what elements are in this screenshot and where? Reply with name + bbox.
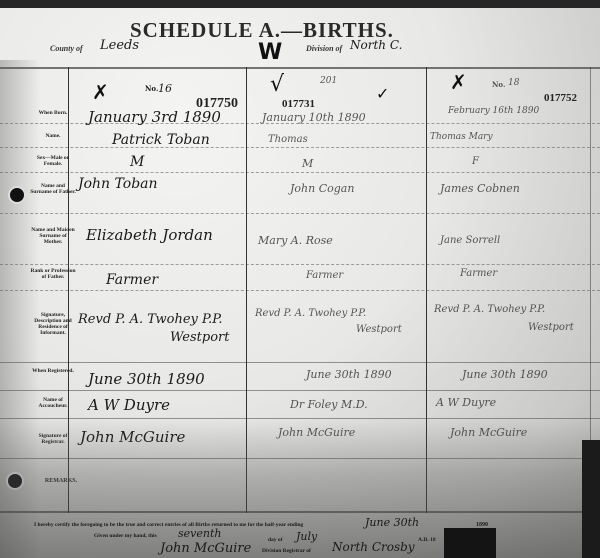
registrar-signature: John McGuire (450, 426, 527, 439)
county-label: County of (50, 44, 83, 53)
registrar-signature: John McGuire (80, 428, 185, 446)
when-born: February 16th 1890 (448, 106, 539, 116)
child-name: Patrick Toban (112, 132, 210, 148)
birth-register-page (0, 8, 600, 558)
informant-line-2: Westport (528, 322, 574, 333)
row-divider (0, 362, 600, 363)
row-label-informant: Signature, Description and Residence of … (30, 312, 76, 336)
father-profession: Farmer (460, 268, 497, 279)
row-label-father: Name and Surname of Father. (30, 183, 76, 195)
day-of-label: day of (268, 537, 283, 543)
father-profession: Farmer (106, 272, 158, 288)
accoucheur: A W Duyre (436, 396, 496, 409)
entry-number: 16 (158, 82, 172, 95)
sex: M (302, 157, 313, 170)
cross-mark-icon: ✗ (450, 70, 467, 94)
certification-date: June 30th (365, 516, 419, 529)
row-label-sex: Sex—Male or Female. (30, 155, 76, 167)
when-registered: June 30th 1890 (88, 370, 205, 388)
row-divider (0, 390, 600, 391)
row-divider (0, 264, 600, 265)
entry-number-label: No. (492, 80, 505, 89)
father-name: John Toban (78, 176, 158, 192)
row-label-remarks: REMARKS. (38, 478, 84, 484)
informant-line-1: Revd P. A. Twohey P.P. (255, 308, 366, 319)
informant-line-2: Westport (356, 324, 402, 335)
division-value: North C. (350, 38, 402, 52)
county-value: Leeds (100, 38, 139, 53)
row-divider (0, 147, 600, 148)
ad-label: A.D. 18 (418, 537, 436, 543)
given-under-hand-text: Given under my hand, this (94, 533, 157, 539)
table-top-border (0, 67, 600, 69)
informant-line-2: Westport (170, 330, 229, 345)
mother-name: Mary A. Rose (258, 234, 333, 247)
row-divider (0, 458, 600, 459)
given-month: July (296, 530, 317, 543)
child-name: Thomas Mary (430, 132, 493, 142)
division-registrar-label: Division Registrar of (262, 548, 311, 554)
cross-mark-icon: ✗ (92, 80, 109, 104)
row-label-when-born: When Born. (30, 110, 76, 116)
row-label-accoucheur: Name of Accoucheur. (30, 397, 76, 409)
sex: M (130, 154, 144, 170)
entry-number: 201 (320, 76, 337, 86)
handwritten-w-mark: W (258, 40, 282, 65)
entry-number: 18 (508, 78, 519, 88)
registrar-division: North Crosby (332, 540, 415, 554)
sex: F (472, 156, 479, 167)
when-born: January 10th 1890 (262, 111, 366, 124)
row-label-mother: Name and Maiden Surname of Mother. (30, 227, 76, 245)
accoucheur: Dr Foley M.D. (290, 398, 368, 411)
entry-number-label: No. (145, 84, 158, 93)
when-born: January 3rd 1890 (88, 108, 221, 126)
row-divider (0, 290, 600, 291)
check-mark-icon: ✓ (376, 84, 389, 103)
father-name: James Cobnen (440, 182, 520, 195)
column-divider (246, 67, 247, 513)
column-divider (590, 67, 591, 447)
father-name: John Cogan (290, 182, 354, 195)
father-profession: Farmer (306, 270, 343, 281)
punch-hole (8, 186, 26, 204)
row-divider (0, 172, 600, 173)
serial-number: 017731 (282, 98, 315, 110)
certifying-signature: John McGuire (160, 541, 251, 556)
row-divider (0, 213, 600, 214)
row-label-name: Name. (30, 133, 76, 139)
when-registered: June 30th 1890 (306, 368, 392, 381)
table-bottom-border (0, 511, 590, 513)
informant-line-1: Revd P. A. Twohey P.P. (78, 312, 223, 327)
division-label: Division of (306, 44, 342, 53)
row-label-when-registered: When Registered. (30, 368, 76, 374)
registrar-signature: John McGuire (278, 426, 355, 439)
mother-name: Elizabeth Jordan (86, 226, 213, 244)
column-divider (426, 67, 427, 513)
punch-hole (6, 472, 24, 490)
scan-edge-dark (582, 440, 600, 558)
serial-number: 017752 (544, 92, 577, 104)
when-registered: June 30th 1890 (462, 368, 548, 381)
child-name: Thomas (268, 134, 308, 145)
mother-name: Jane Sorrell (440, 235, 500, 246)
certification-text: I hereby certify the foregoing to be the… (34, 522, 303, 528)
given-day: seventh (178, 527, 221, 540)
row-divider (0, 418, 600, 419)
tick-mark-icon: √ (270, 72, 284, 97)
accoucheur: A W Duyre (88, 396, 170, 414)
informant-line-1: Revd P. A. Twohey P.P. (434, 304, 545, 315)
row-label-registrar: Signature of Registrar. (30, 433, 76, 445)
row-label-profession: Rank or Profession of Father. (30, 268, 76, 280)
redacted-area (444, 528, 496, 558)
